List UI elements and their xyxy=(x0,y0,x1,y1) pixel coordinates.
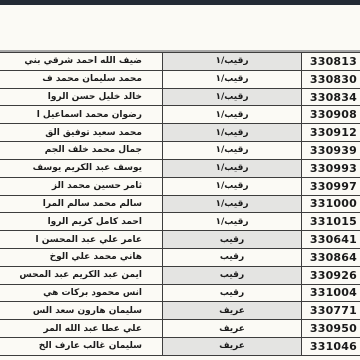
rank-cell: رقيب/١ xyxy=(162,53,302,70)
rank-cell: عريف xyxy=(162,320,302,337)
rank-cell: رقيب xyxy=(162,249,302,266)
name-cell: محمد سليمان محمد ف xyxy=(0,71,162,88)
rank-cell: رقيب/١ xyxy=(162,124,302,141)
rank-cell: رقيب/١ xyxy=(162,213,302,230)
name-cell: سالم محمد سالم المرا xyxy=(0,196,162,213)
table-rows: ضيف الله احمد شرقي بنيرقيب/١330813محمد س… xyxy=(0,53,360,356)
name-cell: سليمان هارون سعد الس xyxy=(0,302,162,319)
id-number-cell: 330939 xyxy=(302,142,360,159)
rank-cell: رقيب/١ xyxy=(162,160,302,177)
rank-cell: رقيب/١ xyxy=(162,178,302,195)
id-number-cell: 330813 xyxy=(302,53,360,70)
rank-cell: رقيب/١ xyxy=(162,106,302,123)
rank-cell: رقيب xyxy=(162,231,302,248)
id-number-cell: 330771 xyxy=(302,302,360,319)
rank-cell: رقيب/١ xyxy=(162,71,302,88)
rank-cell: رقيب/١ xyxy=(162,196,302,213)
name-cell: عامر علي عبد المحسن ا xyxy=(0,231,162,248)
rank-cell: رقيب xyxy=(162,267,302,284)
rank-cell: عريف xyxy=(162,338,302,355)
rank-cell: رقيب xyxy=(162,285,302,302)
id-number-cell: 330864 xyxy=(302,249,360,266)
id-number-cell: 330912 xyxy=(302,124,360,141)
name-cell: رضوان محمد اسماعيل ا xyxy=(0,106,162,123)
name-cell: يوسف عبد الكريم يوسف xyxy=(0,160,162,177)
table-row: سليمان غالب عارف الخعريف331046 xyxy=(0,338,360,356)
name-cell: خالد خليل حسن الروا xyxy=(0,89,162,106)
name-cell: علي عطا عبد الله المر xyxy=(0,320,162,337)
name-cell: ثامر حسين محمد الز xyxy=(0,178,162,195)
table-row: محمد سليمان محمد فرقيب/١330830 xyxy=(0,71,360,89)
id-number-cell: 330641 xyxy=(302,231,360,248)
table-row: هاني محمد علي الوخرقيب330864 xyxy=(0,249,360,267)
table-row: سليمان هارون سعد السعريف330771 xyxy=(0,302,360,320)
table-row: محمد سعيد توفيق القرقيب/١330912 xyxy=(0,124,360,142)
id-number-cell: 331004 xyxy=(302,285,360,302)
name-cell: انس محمود بركات هي xyxy=(0,285,162,302)
id-number-cell: 330926 xyxy=(302,267,360,284)
id-number-cell: 331046 xyxy=(302,338,360,355)
name-cell: ايمن عبد الكريم عبد المحس xyxy=(0,267,162,284)
table-row: يوسف عبد الكريم يوسفرقيب/١330993 xyxy=(0,160,360,178)
table-row: جمال محمد خلف الجمرقيب/١330939 xyxy=(0,142,360,160)
table-row: ايمن عبد الكريم عبد المحسرقيب330926 xyxy=(0,267,360,285)
table-row: علي عطا عبد الله المرعريف330950 xyxy=(0,320,360,338)
top-bar xyxy=(0,0,360,5)
personnel-table: ضيف الله احمد شرقي بنيرقيب/١330813محمد س… xyxy=(0,52,360,356)
id-number-cell: 330908 xyxy=(302,106,360,123)
id-number-cell: 330830 xyxy=(302,71,360,88)
rank-cell: عريف xyxy=(162,302,302,319)
id-number-cell: 330993 xyxy=(302,160,360,177)
table-row: عامر علي عبد المحسن ارقيب330641 xyxy=(0,231,360,249)
id-number-cell: 331015 xyxy=(302,213,360,230)
page: ضيف الله احمد شرقي بنيرقيب/١330813محمد س… xyxy=(0,0,360,360)
table-row: ثامر حسين محمد الزرقيب/١330997 xyxy=(0,178,360,196)
name-cell: ضيف الله احمد شرقي بني xyxy=(0,53,162,70)
table-row: انس محمود بركات هيرقيب331004 xyxy=(0,285,360,303)
name-cell: جمال محمد خلف الجم xyxy=(0,142,162,159)
id-number-cell: 330950 xyxy=(302,320,360,337)
rank-cell: رقيب/١ xyxy=(162,142,302,159)
name-cell: سليمان غالب عارف الخ xyxy=(0,338,162,355)
id-number-cell: 330997 xyxy=(302,178,360,195)
name-cell: هاني محمد علي الوخ xyxy=(0,249,162,266)
table-row: سالم محمد سالم المرارقيب/١331000 xyxy=(0,196,360,214)
name-cell: احمد كامل كريم الروا xyxy=(0,213,162,230)
id-number-cell: 331000 xyxy=(302,196,360,213)
table-row: احمد كامل كريم الروارقيب/١331015 xyxy=(0,213,360,231)
id-number-cell: 330834 xyxy=(302,89,360,106)
table-row: رضوان محمد اسماعيل ارقيب/١330908 xyxy=(0,106,360,124)
rank-cell: رقيب/١ xyxy=(162,89,302,106)
table-row: ضيف الله احمد شرقي بنيرقيب/١330813 xyxy=(0,53,360,71)
table-row: خالد خليل حسن الروارقيب/١330834 xyxy=(0,89,360,107)
name-cell: محمد سعيد توفيق الق xyxy=(0,124,162,141)
